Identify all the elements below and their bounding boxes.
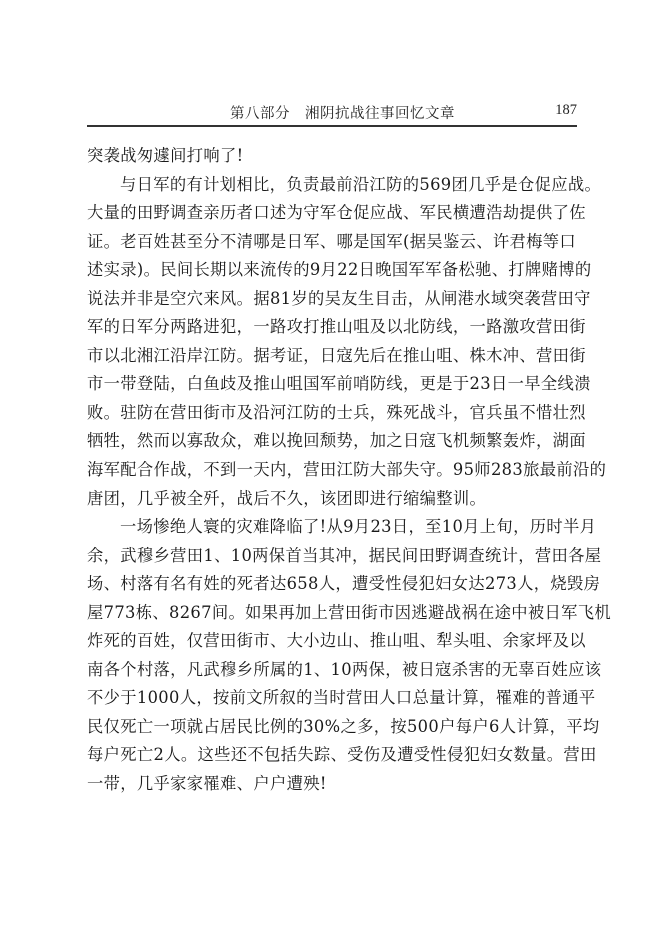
- running-header: 第八部分 湘阴抗战往事回忆文章 187: [87, 100, 577, 122]
- text-line: 屋773栋、8267间。如果再加上营田街市因逃避战祸在途中被日军飞机: [87, 599, 579, 628]
- text-line: 不少于1000人，按前文所叙的当时营田人口总量计算，罹难的普通平: [87, 684, 579, 713]
- text-line: 余，武穆乡营田1、10两保首当其冲，据民间田野调查统计，营田各屋: [87, 542, 579, 571]
- text-line: 大量的田野调查亲历者口述为守军仓促应战、军民横遭浩劫提供了佐: [87, 199, 579, 228]
- text-line: 突袭战匆遽间打响了!: [87, 142, 579, 171]
- text-line: 证。老百姓甚至分不清哪是日军、哪是国军(据吴鉴云、许君梅等口: [87, 228, 579, 257]
- text-line: 市一带登陆，白鱼歧及推山咀国军前哨防线，更是于23日一早全线溃: [87, 370, 579, 399]
- body-text: 突袭战匆遽间打响了!与日军的有计划相比，负责最前沿江防的569团几乎是仓促应战。…: [87, 142, 579, 799]
- text-line: 与日军的有计划相比，负责最前沿江防的569团几乎是仓促应战。: [87, 171, 579, 200]
- text-line: 唐团，几乎被全歼，战后不久，该团即进行缩编整训。: [87, 485, 579, 514]
- text-line: 一带，几乎家家罹难、户户遭殃!: [87, 770, 579, 799]
- text-line: 炸死的百姓，仅营田街市、大小边山、推山咀、犁头咀、余家坪及以: [87, 627, 579, 656]
- text-line: 南各个村落，凡武穆乡所属的1、10两保，被日寇杀害的无辜百姓应该: [87, 656, 579, 685]
- section-title: 第八部分 湘阴抗战往事回忆文章: [230, 102, 455, 123]
- text-line: 说法并非是空穴来风。据81岁的吴友生目击，从闸港水域突袭营田守: [87, 285, 579, 314]
- text-line: 海军配合作战，不到一天内，营田江防大部失守。95师283旅最前沿的: [87, 456, 579, 485]
- text-line: 民仅死亡一项就占居民比例的30%之多，按500户每户6人计算，平均: [87, 713, 579, 742]
- text-line: 市以北湘江沿岸江防。据考证，日寇先后在推山咀、株木冲、营田街: [87, 342, 579, 371]
- text-line: 述实录)。民间长期以来流传的9月22日晚国军军备松驰、打牌赌博的: [87, 256, 579, 285]
- header-rule: [87, 125, 577, 127]
- text-line: 每户死亡2人。这些还不包括失踪、受伤及遭受性侵犯妇女数量。营田: [87, 741, 579, 770]
- text-line: 军的日军分两路进犯，一路攻打推山咀及以北防线，一路激攻营田街: [87, 313, 579, 342]
- text-line: 一场惨绝人寰的灾难降临了!从9月23日，至10月上旬，历时半月: [87, 513, 579, 542]
- page-number: 187: [555, 102, 577, 119]
- text-line: 场、村落有名有姓的死者达658人，遭受性侵犯妇女达273人，烧毁房: [87, 570, 579, 599]
- text-line: 败。驻防在营田街市及沿河江防的士兵，殊死战斗，官兵虽不惜壮烈: [87, 399, 579, 428]
- text-line: 牺牲，然而以寡敌众，难以挽回颓势，加之日寇飞机频繁轰炸，湖面: [87, 427, 579, 456]
